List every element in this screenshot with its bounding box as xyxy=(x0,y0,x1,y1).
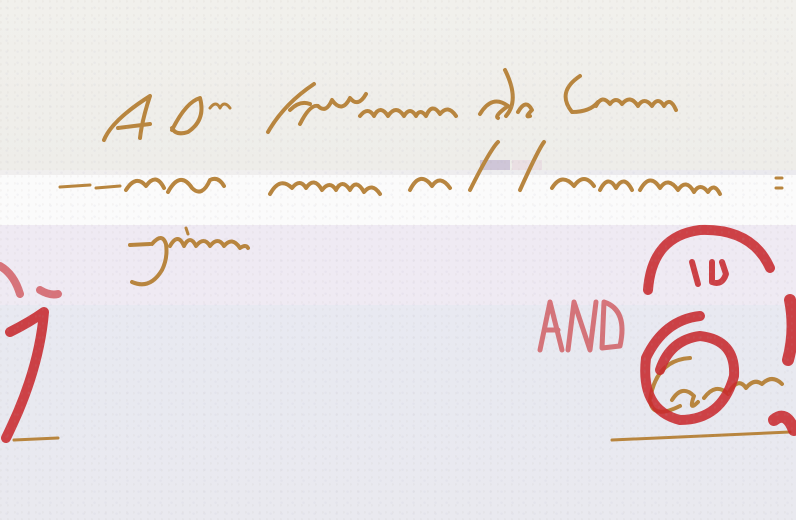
handwritten-address xyxy=(14,70,790,440)
handwriting-and-stamps xyxy=(0,0,796,520)
letter-cover-photo: A D.n Francisco de Carcan ... ra del Com… xyxy=(0,0,796,520)
